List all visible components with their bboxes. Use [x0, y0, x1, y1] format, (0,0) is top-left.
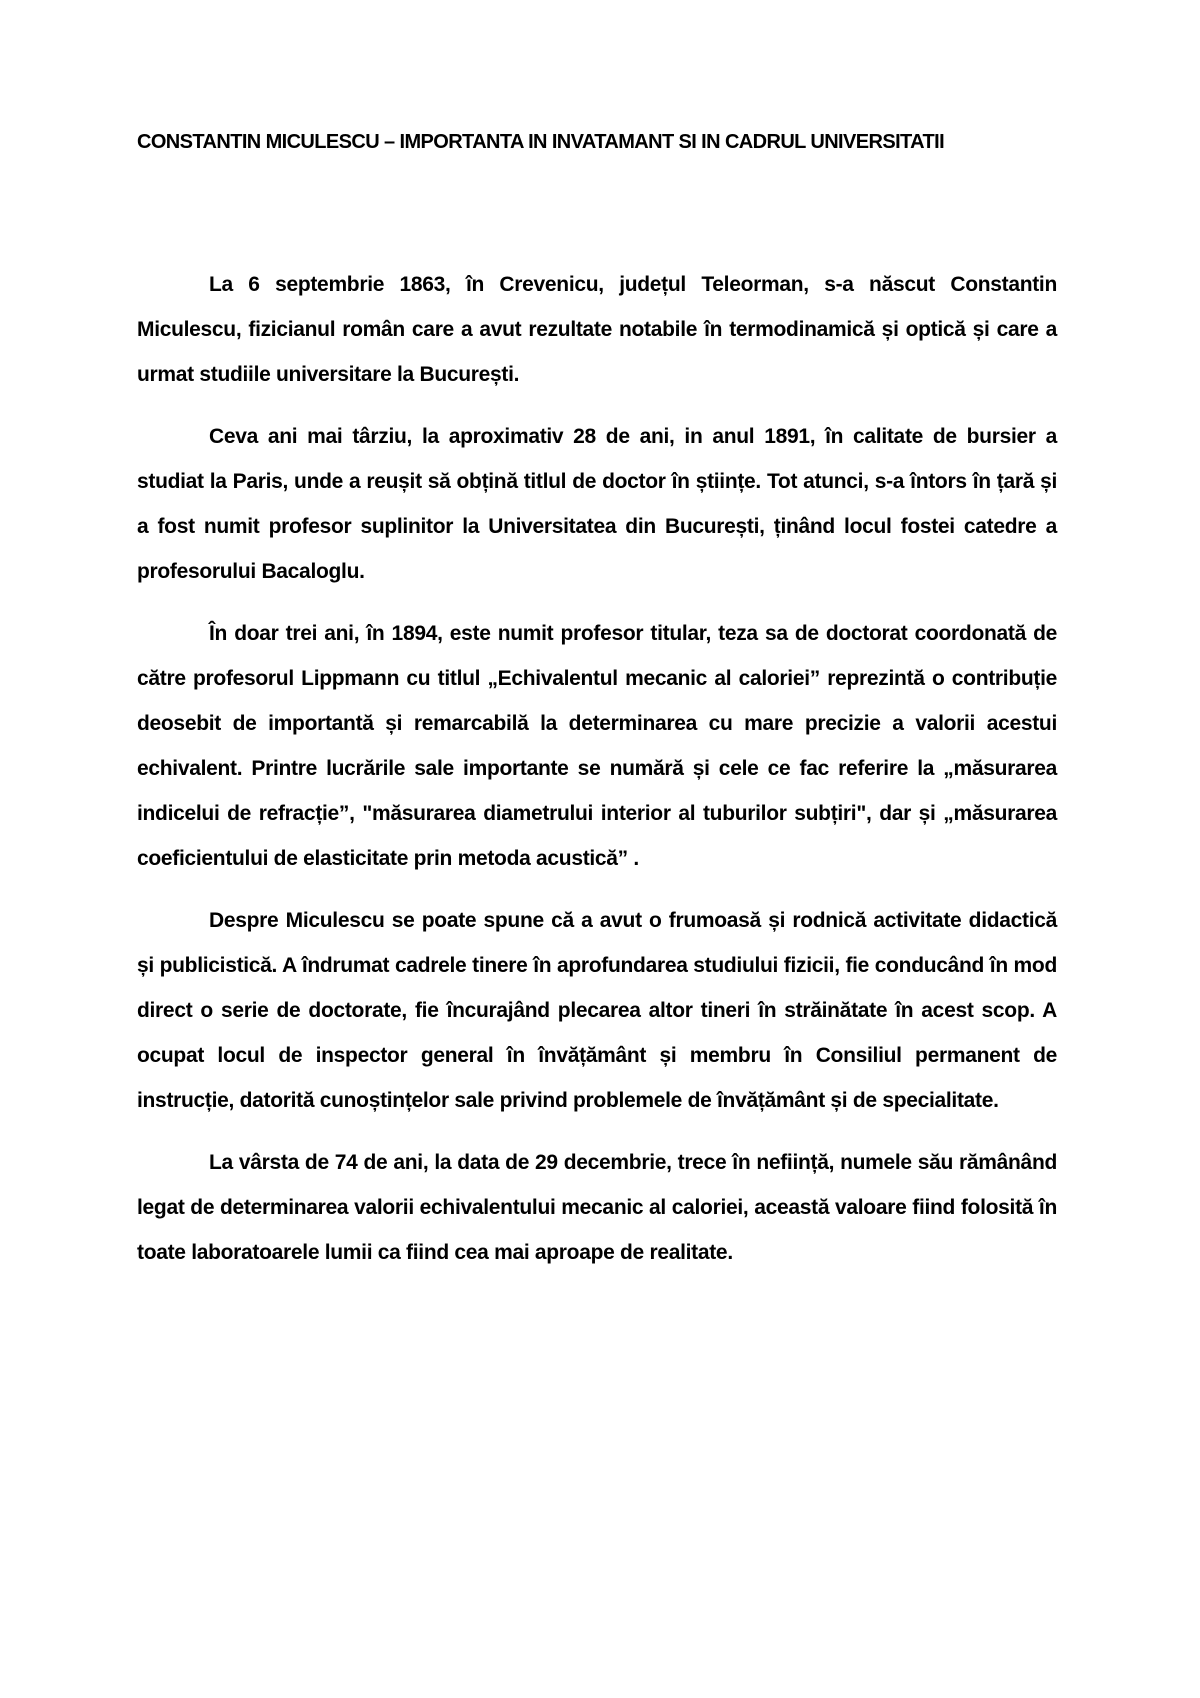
paragraph-paris-doctorate: Ceva ani mai târziu, la aproximativ 28 d… [137, 414, 1057, 594]
document-body: La 6 septembrie 1863, în Crevenicu, jude… [137, 262, 1057, 1275]
document-page: CONSTANTIN MICULESCU – IMPORTANTA IN INV… [0, 0, 1200, 1698]
paragraph-birth: La 6 septembrie 1863, în Crevenicu, jude… [137, 262, 1057, 397]
document-title: CONSTANTIN MICULESCU – IMPORTANTA IN INV… [137, 120, 1057, 165]
paragraph-professor-thesis: În doar trei ani, în 1894, este numit pr… [137, 611, 1057, 881]
paragraph-death-legacy: La vârsta de 74 de ani, la data de 29 de… [137, 1140, 1057, 1275]
paragraph-didactic-activity: Despre Miculescu se poate spune că a avu… [137, 898, 1057, 1123]
